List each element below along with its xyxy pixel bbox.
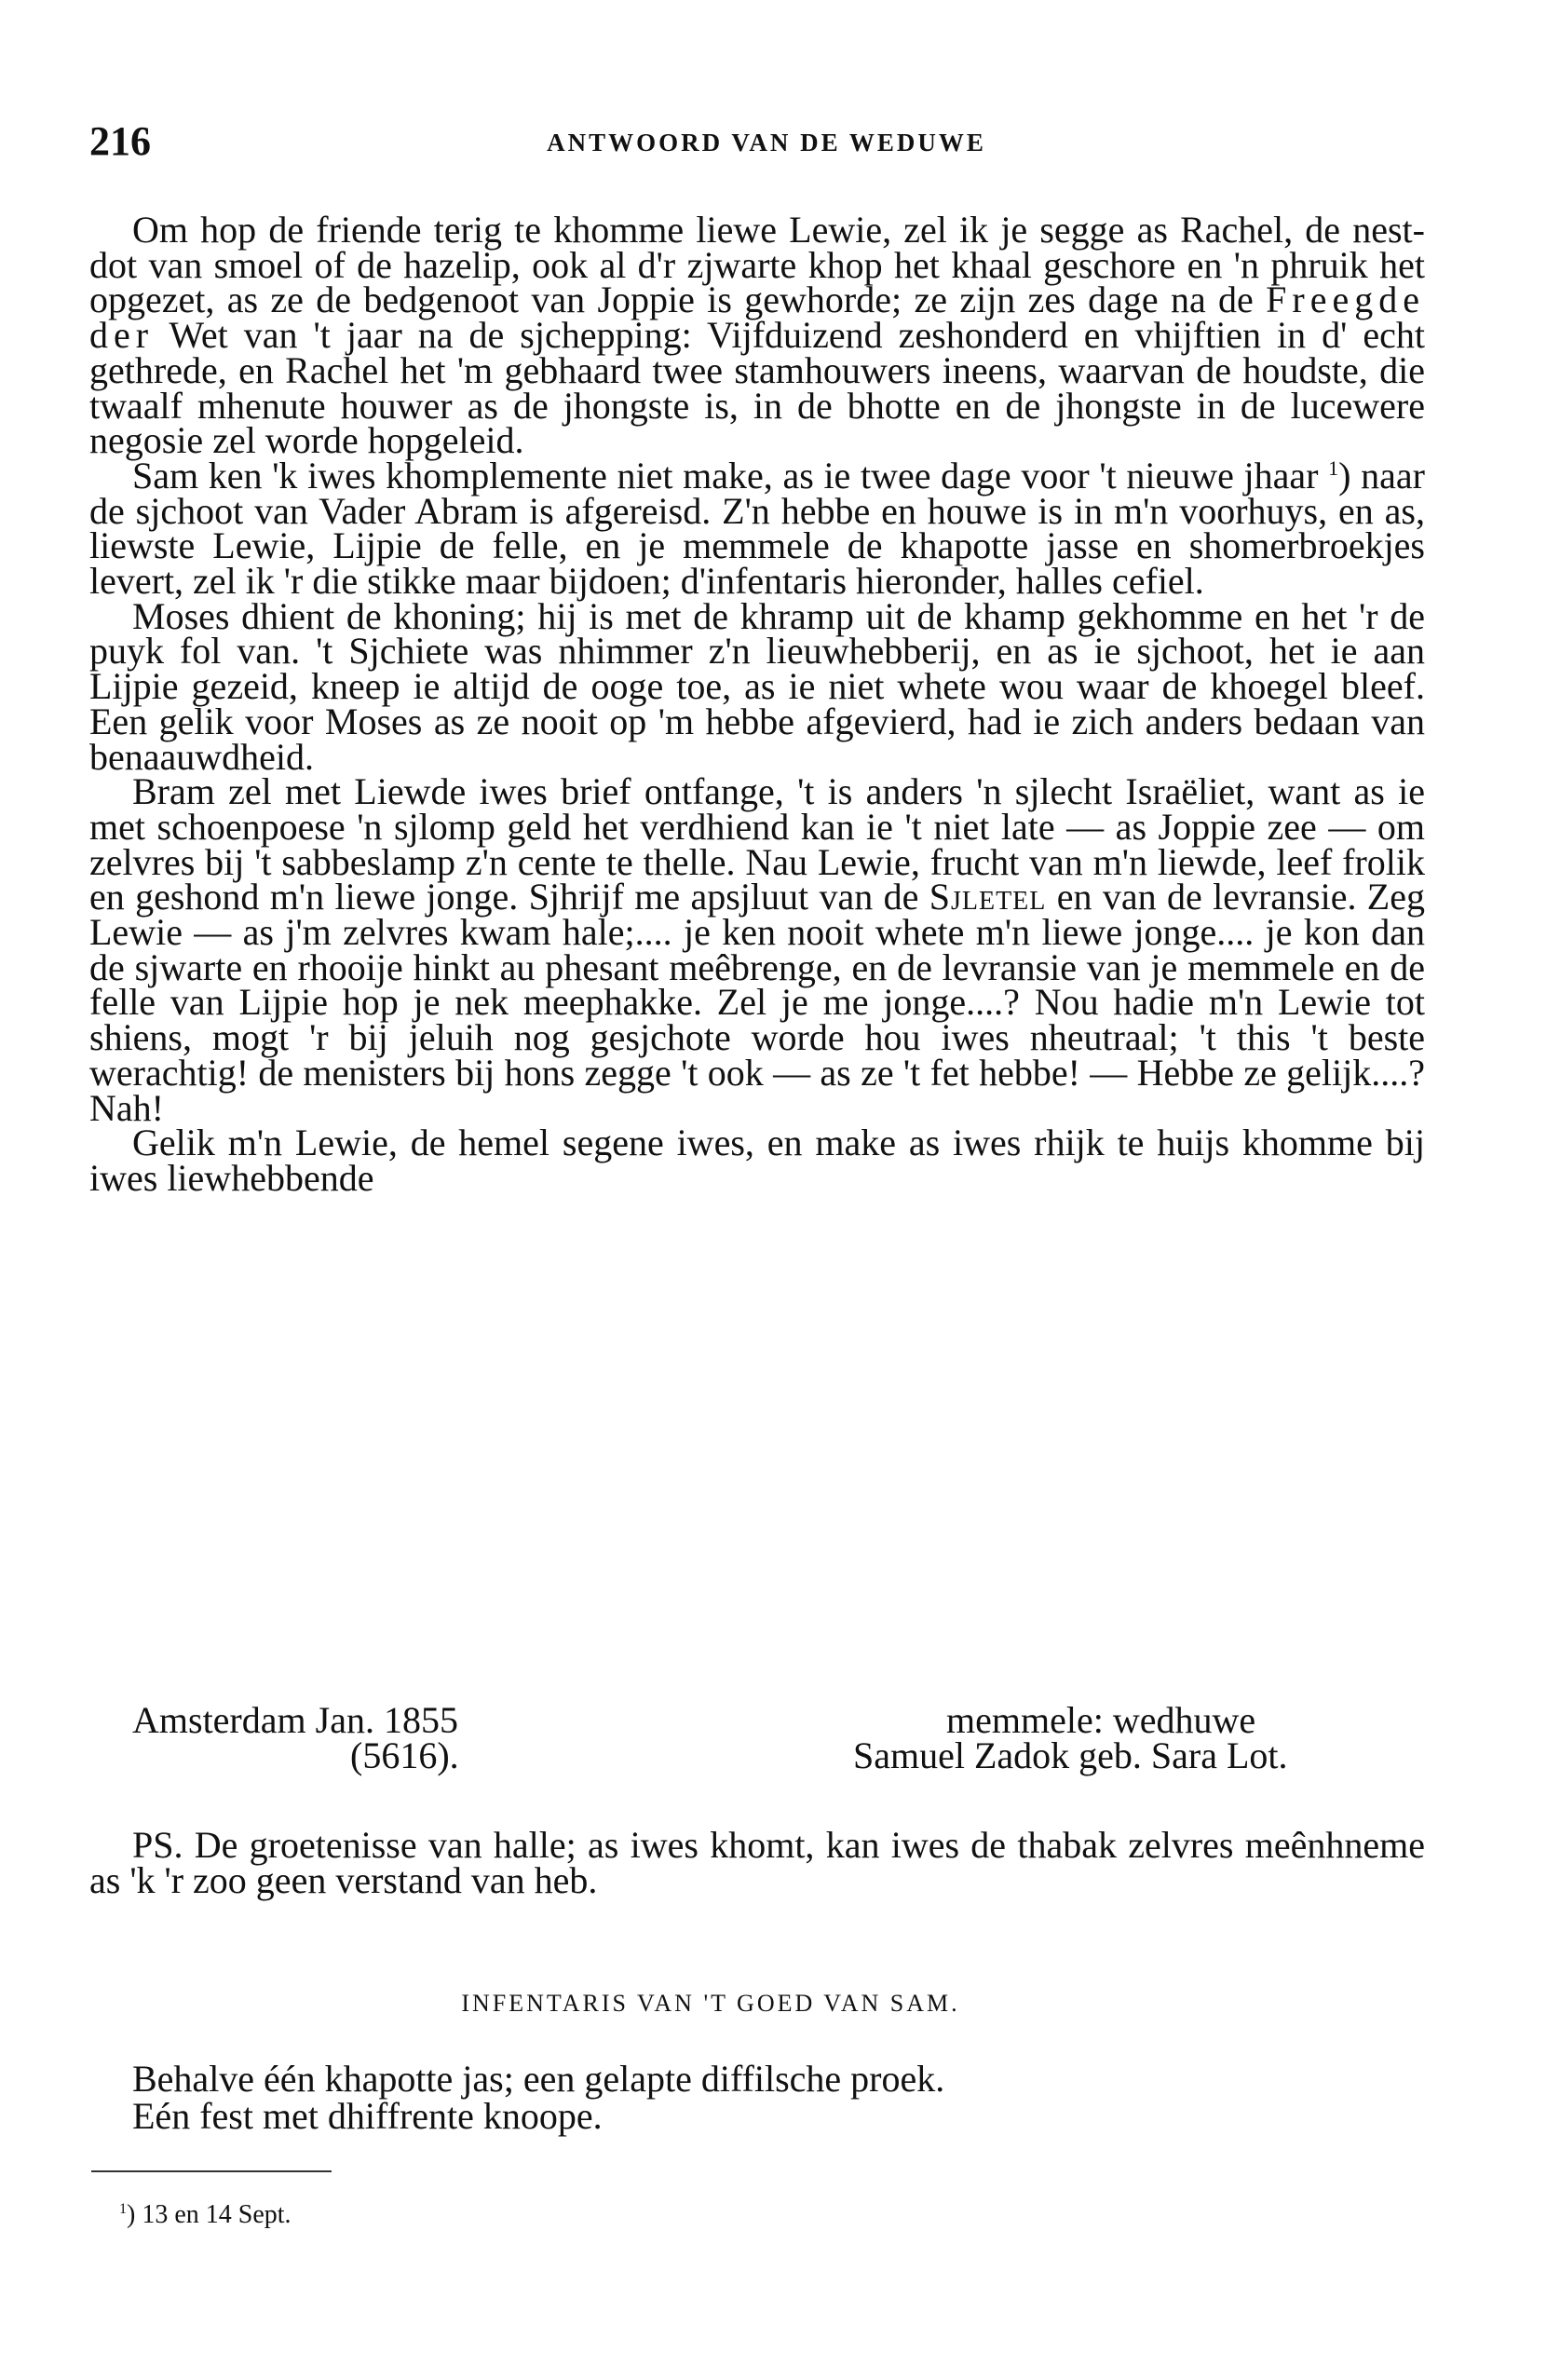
- inventory-item: Behalve één khapotte jas; een gelapte di…: [132, 2060, 1343, 2098]
- signature-name: memmele: wedhuwe Samuel Zadok geb. Sara …: [853, 1703, 1288, 1774]
- footnote: 1) 13 en 14 Sept.: [119, 2200, 292, 2230]
- postscript: PS. De groetenisse van halle; as iwes kh…: [89, 1828, 1425, 1897]
- footnote-divider: [91, 2170, 332, 2172]
- signature-place-date: Amsterdam Jan. 1855 (5616).: [132, 1703, 459, 1774]
- running-head: 216 ANTWOORD VAN DE WEDUWE: [89, 117, 1425, 164]
- book-page: 216 ANTWOORD VAN DE WEDUWE Om hop de fri…: [0, 0, 1560, 2380]
- footnote-reference[interactable]: 1: [1328, 456, 1338, 480]
- inventory-item: Eén fest met dhiffrente knoope.: [132, 2098, 1343, 2135]
- letter-body: Om hop de friende terig te khomme liewe …: [89, 212, 1425, 1196]
- hebrew-year: (5616).: [132, 1738, 459, 1774]
- inventory-list: Behalve één khapotte jas; een gelapte di…: [132, 2060, 1343, 2135]
- footnote-marker: 1: [119, 2201, 127, 2217]
- paragraph-5: Gelik m'n Lewie, de hemel segene iwes, e…: [89, 1125, 1425, 1195]
- paragraph-3: Moses dhient de khoning; hij is met de k…: [89, 599, 1425, 775]
- paragraph-1: Om hop de friende terig te khomme liewe …: [89, 212, 1425, 458]
- paragraph-2: Sam ken 'k iwes khomplemente niet make, …: [89, 458, 1425, 599]
- postscript-text: PS. De groetenisse van halle; as iwes kh…: [89, 1828, 1425, 1897]
- footnote-text: ) 13 en 14 Sept.: [127, 2200, 292, 2229]
- signer-name: Samuel Zadok geb. Sara Lot.: [853, 1734, 1288, 1776]
- inventory-title: Infentaris van 't goed van Sam.: [89, 1990, 1425, 2018]
- running-title: ANTWOORD VAN DE WEDUWE: [89, 129, 1425, 157]
- signer-role: memmele: wedhuwe: [853, 1703, 1288, 1738]
- paragraph-4: Bram zel met Liewde iwes brief ontfange,…: [89, 774, 1425, 1125]
